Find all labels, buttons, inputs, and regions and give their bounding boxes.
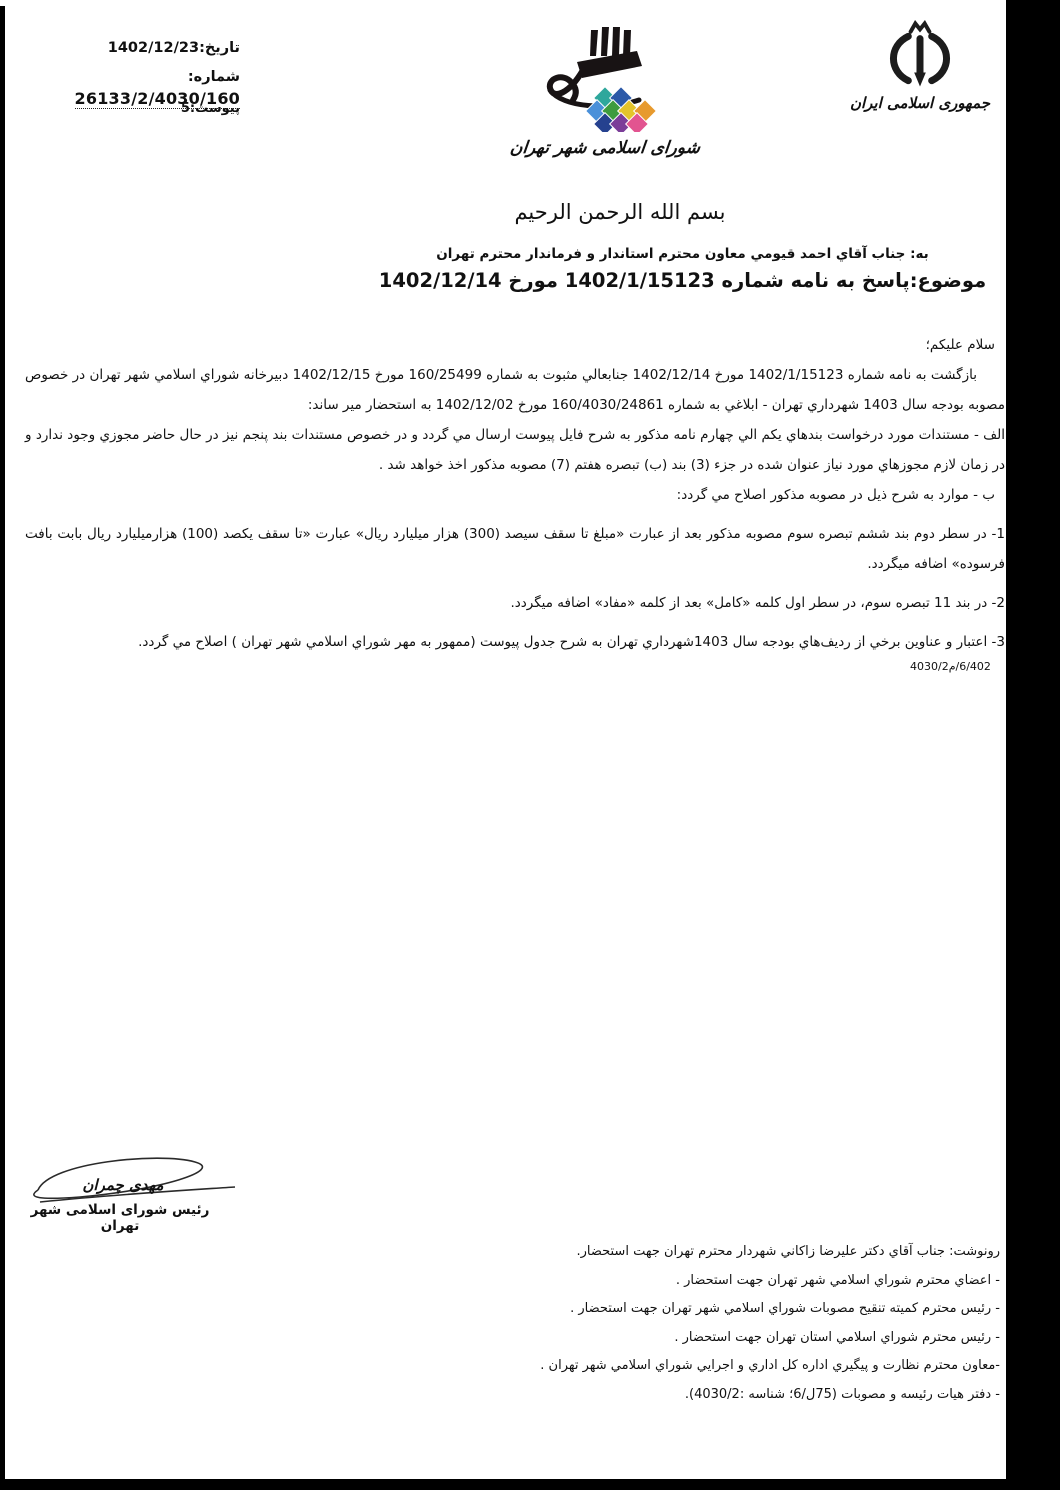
scan-edge-left: [0, 6, 5, 1490]
cc-line: -معاون محترم نظارت و پيگيري اداره كل ادا…: [300, 1352, 1000, 1381]
amendment-item-1: 1- در سطر دوم بند ششم تبصره سوم مصوبه مذ…: [25, 519, 1005, 579]
cc-line: - رئيس محترم كميته تنقيح مصوبات شوراي اس…: [300, 1295, 1000, 1324]
letter-number-label: شماره:: [30, 69, 240, 86]
scanned-letter-page: { "header": { "date_label": "تاريخ:1402/…: [0, 0, 1060, 1490]
subject-line: موضوع:پاسخ به نامه شماره 1402/1/15123 مو…: [360, 269, 1005, 292]
cc-line: - رئيس محترم شوراي اسلامي استان تهران جه…: [300, 1324, 1000, 1353]
scan-edge-bottom: [0, 1479, 1060, 1490]
letterhead-info-block: تاريخ:1402/12/23 شماره: 26133/2/4030/160…: [30, 40, 240, 115]
council-logo-icon: [505, 14, 705, 132]
amendment-item-2: 2- در بند 11 تبصره سوم، در سطر اول كلمه …: [25, 588, 1005, 618]
paragraph-reference: بازگشت به نامه شماره 1402/1/15123 مورخ 1…: [25, 360, 1005, 420]
letter-body: سلام عليكم؛ بازگشت به نامه شماره 1402/1/…: [25, 330, 1005, 675]
cc-list: رونوشت: جناب آقاي دكتر عليرضا زاكاني شهر…: [300, 1238, 1000, 1409]
archive-ref-code: 4030/2م‎/6/402: [855, 659, 1005, 675]
paragraph-alef: الف - مستندات مورد درخواست بندهاي يكم ال…: [25, 420, 1005, 480]
cc-line: رونوشت: جناب آقاي دكتر عليرضا زاكاني شهر…: [300, 1238, 1000, 1267]
signer-title: رئیس شورای اسلامی شهر تهران: [10, 1202, 230, 1234]
amendment-item-3: 3- اعتبار و عناوين برخي از رديف‌هاي بودج…: [25, 627, 1005, 657]
letter-headlines: به: جناب آقاي احمد قيومي معاون محترم است…: [360, 246, 1005, 292]
national-emblem-caption: جمهوری اسلامی ایران: [845, 94, 995, 112]
salutation: سلام عليكم؛: [25, 330, 1005, 360]
cc-line: - دفتر هيات رئيسه و مصوبات (75ل/6؛ شناسه…: [300, 1381, 1000, 1410]
addressee-line: به: جناب آقاي احمد قيومي معاون محترم است…: [360, 246, 1005, 262]
council-logo-caption: شورای اسلامی شهر تهران: [504, 138, 706, 158]
cc-line: - اعضاي محترم شوراي اسلامي شهر تهران جهت…: [300, 1267, 1000, 1296]
scan-edge-right: [1006, 0, 1060, 1490]
letter-date: تاريخ:1402/12/23: [30, 40, 240, 57]
signer-name: مهدی چمران: [48, 1176, 198, 1194]
council-logo-tiles: [586, 87, 657, 132]
iran-emblem-icon: [860, 20, 980, 90]
national-emblem: جمهوری اسلامی ایران: [845, 20, 995, 112]
bismillah: بسم الله الرحمن الرحيم: [420, 200, 820, 224]
council-logo: شورای اسلامی شهر تهران: [505, 14, 705, 158]
paragraph-be: ب - موارد به شرح ذيل در مصوبه مذكور اصلا…: [25, 480, 1005, 510]
